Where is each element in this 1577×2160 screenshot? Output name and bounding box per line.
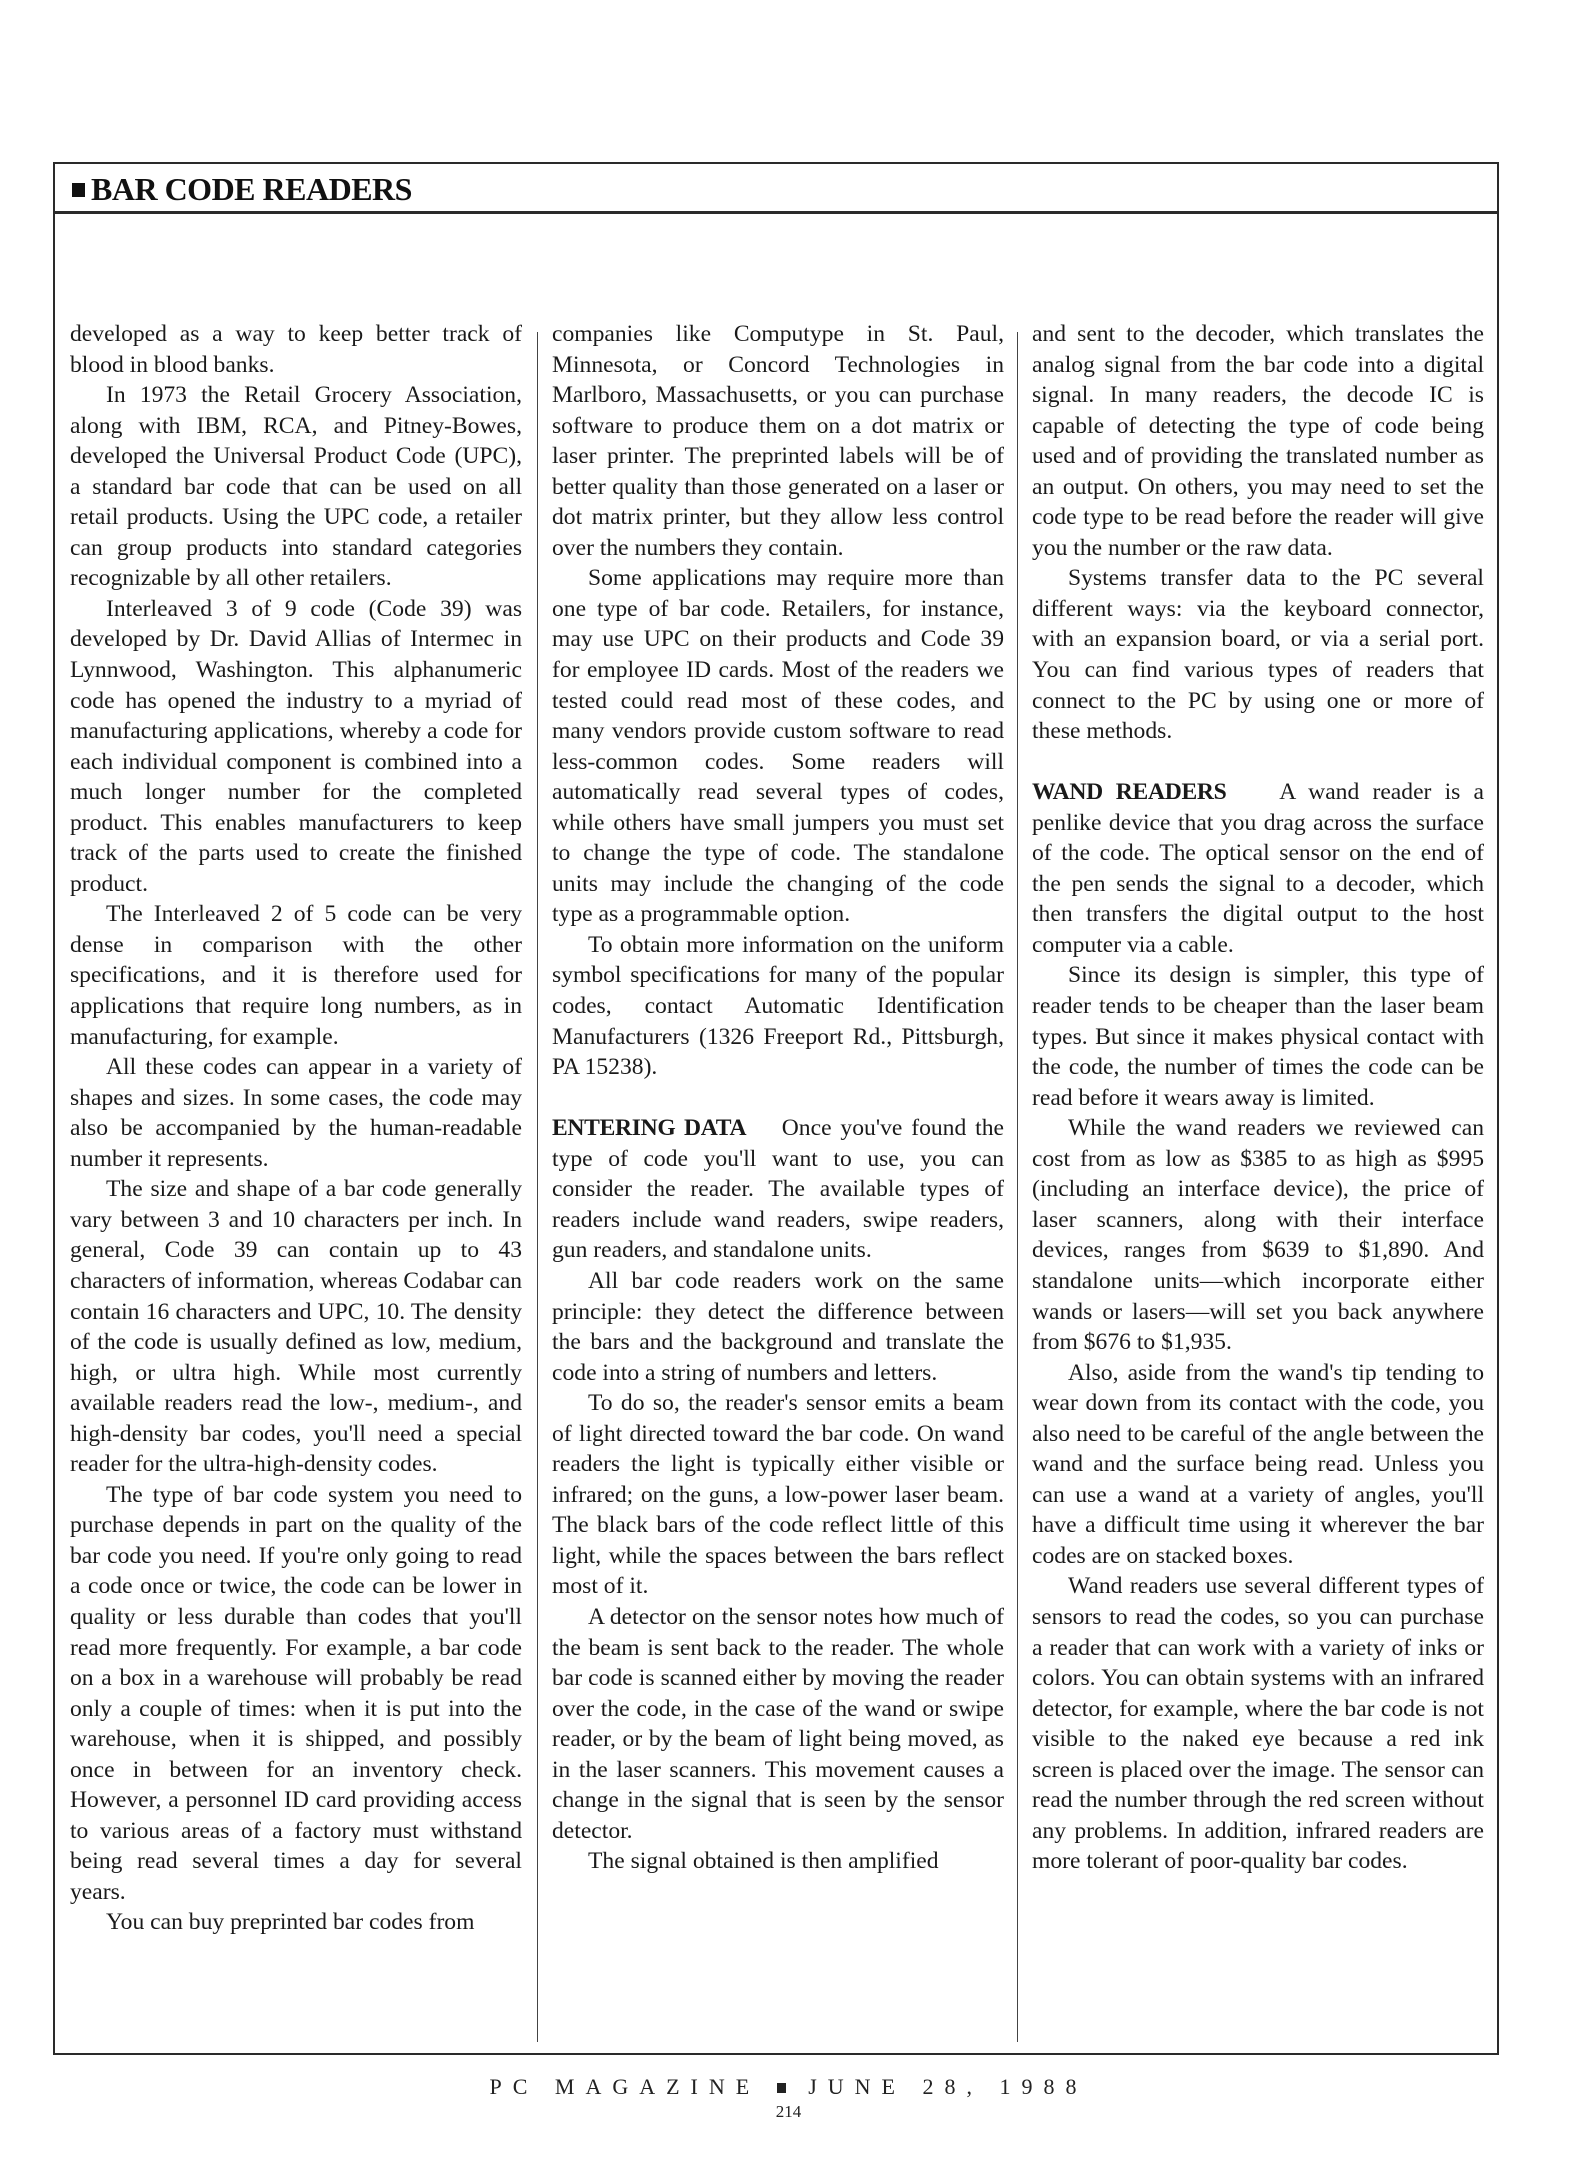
- paragraph: Interleaved 3 of 9 code (Code 39) was de…: [70, 594, 522, 899]
- subhead-wand-readers: WAND READERS: [1032, 779, 1226, 805]
- paragraph: developed as a way to keep better track …: [70, 319, 522, 380]
- paragraph: A detector on the sensor notes how much …: [552, 1602, 1004, 1846]
- page-footer: PC MAGAZINE JUNE 28, 1988: [0, 2074, 1577, 2100]
- black-square-icon: [777, 2083, 786, 2093]
- paragraph: To do so, the reader's sensor emits a be…: [552, 1388, 1004, 1602]
- paragraph: companies like Computype in St. Paul, Mi…: [552, 319, 1004, 563]
- column-divider: [537, 332, 538, 2042]
- paragraph: Some applications may require more than …: [552, 563, 1004, 930]
- column-divider: [1017, 332, 1018, 2042]
- paragraph: Also, aside from the wand's tip tending …: [1032, 1358, 1484, 1572]
- paragraph: While the wand readers we reviewed can c…: [1032, 1113, 1484, 1357]
- paragraph: Wand readers use several different types…: [1032, 1571, 1484, 1876]
- paragraph: All these codes can appear in a variety …: [70, 1052, 522, 1174]
- page-number: 214: [0, 2102, 1577, 2122]
- article-frame: BAR CODE READERS developed as a way to k…: [53, 162, 1499, 2055]
- paragraph: Since its design is simpler, this type o…: [1032, 960, 1484, 1113]
- section-header: BAR CODE READERS: [55, 164, 1497, 214]
- paragraph: You can buy preprinted bar codes from: [70, 1907, 522, 1938]
- paragraph: Systems transfer data to the PC several …: [1032, 563, 1484, 746]
- paragraph: The signal obtained is then amplified: [552, 1846, 1004, 1877]
- paragraph: and sent to the decoder, which translate…: [1032, 319, 1484, 563]
- article-column-3: and sent to the decoder, which translate…: [1032, 319, 1484, 1877]
- section-title: BAR CODE READERS: [91, 171, 412, 208]
- paragraph-with-subhead: ENTERING DATA Once you've found the type…: [552, 1113, 1004, 1266]
- paragraph: All bar code readers work on the same pr…: [552, 1266, 1004, 1388]
- article-column-1: developed as a way to keep better track …: [70, 319, 522, 1938]
- paragraph: The Interleaved 2 of 5 code can be very …: [70, 899, 522, 1052]
- article-column-2: companies like Computype in St. Paul, Mi…: [552, 319, 1004, 1877]
- issue-date: JUNE 28, 1988: [808, 2074, 1087, 2099]
- paragraph: In 1973 the Retail Grocery Association, …: [70, 380, 522, 594]
- black-square-icon: [72, 183, 85, 197]
- subhead-entering-data: ENTERING DATA: [552, 1115, 746, 1141]
- paragraph: The size and shape of a bar code general…: [70, 1174, 522, 1479]
- paragraph: The type of bar code system you need to …: [70, 1480, 522, 1908]
- paragraph-with-subhead: WAND READERS A wand reader is a penlike …: [1032, 777, 1484, 960]
- paragraph: To obtain more information on the unifor…: [552, 930, 1004, 1083]
- publication-name: PC MAGAZINE: [489, 2074, 760, 2099]
- paragraph-text: A wand reader is a penlike device that y…: [1032, 779, 1484, 958]
